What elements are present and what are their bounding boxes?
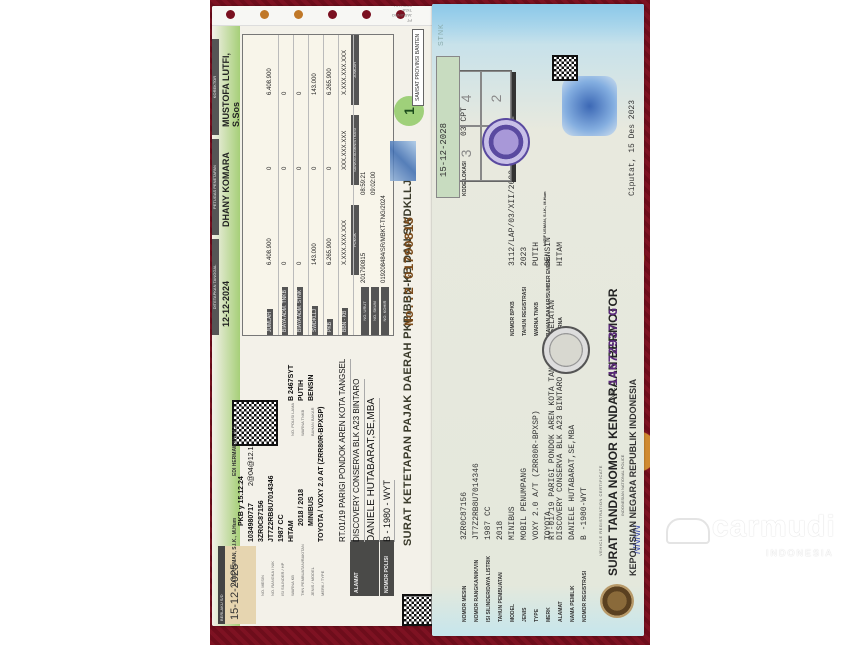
perforation-hole [294, 10, 303, 19]
label-nomor-registrasi: NOMOR REGISTRASI [582, 571, 588, 622]
hologram-icon [562, 76, 617, 136]
value-tahun-pembuatan: 2018 [496, 521, 505, 540]
signatory-1: LATIF USMAN, S.I.K., M.Hum [232, 518, 238, 586]
value-tahun: 2018 / 2018 [298, 489, 305, 526]
label-ditetapkan: DITETAPKAN TANGGAL [212, 239, 219, 335]
label-tahun: THN PEMBUATAN/RAKITAN [300, 544, 305, 596]
cell-pokok: 0 [282, 262, 288, 265]
document-number: No.:2 01790815 [402, 217, 417, 326]
label-warna-tnkb: WARNA TNKB [300, 410, 305, 436]
stnk-mark: STNK [438, 23, 445, 46]
label-merk: MERK [546, 607, 552, 622]
label-jenis: JENIS [522, 608, 528, 622]
perforation-hole [260, 10, 269, 19]
value-kode-lokasi: 03 CPT [460, 107, 469, 136]
cell-sanksi: 0 [297, 167, 303, 170]
value-nama-pemilik: DANIELE HUTABARAT,SE,MBA [365, 398, 380, 542]
label-tahun-registrasi: TAHUN REGISTRASI [522, 287, 528, 336]
label-petugas: PETUGAS PENETAPAN [212, 139, 219, 235]
value-rangka: JT7Z2RB8U7014346 [268, 475, 275, 542]
value-type: VOXY 2.0 A/T (ZRR80R-BPXSP) [532, 410, 541, 540]
value-merk-type: TOYOTA / VOXY 2.0 AT (ZRR80R-BPXSP) [318, 407, 325, 543]
police-emblem-icon [600, 584, 634, 618]
official-seal-icon [542, 326, 590, 374]
cell-sanksi: 0 [267, 167, 273, 170]
cell-label: BBN - KB [342, 308, 348, 335]
perforation-hole [328, 10, 337, 19]
stnk-header-sub: INDONESIAN NATIONAL POLICE [620, 455, 625, 516]
cell-jumlah: 6.265.900 [327, 68, 333, 95]
label-no-kohir: NO. KOHIR [381, 287, 389, 335]
label-berlaku: BERLAKU S/D [218, 546, 225, 624]
cell-sanksi: XXX.XXX.XXX [342, 131, 348, 170]
value-nama-pemilik: DANIELE HUTABARAT,SE,MBA [568, 425, 577, 540]
table-row: JUMLAH6.408.90006.408.900 [264, 35, 279, 335]
value-tahun-registrasi: 2023 [520, 247, 529, 266]
perforation-hole [226, 10, 235, 19]
table-row: BIAYA ADM. STNK000 [294, 35, 309, 335]
cell-jumlah: 0 [297, 92, 303, 95]
value-warna-tnkb: PUTIH [298, 380, 305, 401]
label-jenis-model: JENIS / MODEL [310, 567, 315, 596]
label-model: MODEL [510, 604, 516, 622]
label-no-urut: NO. URUT [361, 287, 369, 335]
value-petugas: DHANY KOMARA [221, 152, 231, 227]
value-alamat-1: DISCOVERY CONSERVA BLK A23 BINTARO [350, 379, 365, 542]
label-warna-tnkb: WARNA TNKB [534, 302, 540, 336]
perforated-strip: PT JASUINDO TIGA PERKASA Tbk [212, 6, 434, 26]
label-mesin: NO. MESIN [260, 575, 265, 596]
document-photo: SURAT KETETAPAN PAJAK DAERAH PKB/BBN-KB … [210, 0, 650, 645]
serial-number: 14672937.G [606, 308, 621, 386]
value-no-urut: 201790815 [361, 253, 367, 283]
value-nomor-registrasi: B -1980-WYT [580, 487, 589, 540]
value-isi-silinder: 1987 CC [484, 506, 493, 540]
value-nomor-bpkb: 3112/LAP/03/XII/2023 [508, 170, 517, 266]
samsat-label: SAMSAT PROVINSI BANTEN [412, 29, 424, 106]
cell-sanksi: 0 [327, 167, 333, 170]
value-korektor: MUSTOFA LUTFI, S.Sos [221, 35, 241, 127]
label-warna-kb: WARNA KB [290, 575, 295, 596]
value-mesin: 3ZR0C87156 [460, 492, 469, 540]
carmudi-watermark: carmudi INDONESIA [668, 510, 836, 544]
perforation-hole [362, 10, 371, 19]
label-isi-silinder: ISI SILINDER / HP [280, 563, 285, 596]
signatory-2: EDI HERMAWAN, M.Si [232, 423, 238, 476]
label-bahan-bakar: BAHAN BAKAR [310, 408, 315, 436]
table-row: SWDKLLJ143.0000143.000 [309, 35, 324, 335]
value-alamat-2: RT.01/19 PARIGI PONDOK AREN KOTA TANGSEL [336, 359, 351, 542]
value-alamat: DISCOVERY CONSERVA BLK A23 BINTARO [556, 377, 565, 540]
purple-stamp-icon [482, 118, 530, 166]
table-row: PKB6.265.90006.265.900 [324, 35, 339, 335]
value-model: MINIBUS [508, 506, 517, 540]
value-polisi-lama: B 2467SYT [288, 365, 295, 401]
cell-jumlah: 0 [282, 92, 288, 95]
value-bpkb: PKB y 15.12.24 [238, 476, 245, 526]
label-merk-type: MERK / TYPE [320, 571, 325, 596]
cell-label: BIAYA ADM. TNKB [282, 287, 288, 335]
label-alamat: ALAMAT [558, 601, 564, 622]
qr-code-icon [552, 55, 578, 81]
car-icon [666, 518, 710, 544]
cell-label: SWDKLLJ [312, 306, 318, 335]
label-rangka: NO. RANGKA / NIK [270, 561, 275, 596]
qr-code-icon [232, 400, 278, 446]
value-coding: 1034980717 [248, 503, 255, 542]
label-nomor-bpkb: NOMOR BPKB [510, 301, 516, 336]
value-jenis-model: MINIBUS [308, 496, 315, 526]
issued-date: Ciputat, 15 Des 2023 [628, 100, 637, 196]
cell-pokok: 6.265.900 [327, 238, 333, 265]
cell-pokok: X.XXX.XXX.XXX [342, 220, 348, 265]
label-nama-pemilik: NAMA PEMILIK [570, 586, 576, 622]
label-alamat: ALAMAT [350, 540, 378, 596]
value-nomor-polisi: B - 1980 - WYT [380, 480, 395, 542]
skpd-tax-notice: SURAT KETETAPAN PAJAK DAERAH PKB/BBN-KB … [212, 6, 434, 626]
printer-label: PT JASUINDO TIGA PERKASA Tbk [392, 6, 412, 23]
label-isi-silinder: ISI SILINDER/DAYA LISTRIK [486, 556, 492, 622]
document-number-label: No.:2 [402, 287, 417, 326]
cell-pokok: 143.000 [312, 243, 318, 265]
watermark-brand: carmudi [712, 510, 836, 544]
stnk-title-sub: VEHICLE REGISTRATION CERTIFICATE [598, 465, 603, 556]
blue-strip [432, 4, 644, 44]
cell-pokok: 0 [297, 262, 303, 265]
cell-label: BIAYA ADM. STNK [297, 287, 303, 335]
stnk-header: KEPOLISIAN NEGARA REPUBLIK INDONESIA [628, 379, 638, 576]
label-nomor-polisi: NOMOR POLISI [380, 540, 394, 596]
value-ditetapkan: 12-12-2024 [221, 281, 231, 327]
document-number-value: 01790815 [402, 217, 417, 279]
value-no-kohir: 019208484/SR/MBKT-TNG/2024 [381, 195, 387, 283]
label-mesin: NOMOR MESIN [462, 586, 468, 622]
value-warna: HITAM [556, 242, 565, 266]
label-tahun-pembuatan: TAHUN PEMBUATAN [498, 572, 504, 622]
label-korektor: KOREKTOR [212, 39, 219, 135]
label-type: TYPE [534, 609, 540, 622]
cell-jumlah: 6.408.900 [267, 68, 273, 95]
value-jenis: MOBIL PENUMPANG [520, 468, 529, 540]
cell-pokok: 6.408.900 [267, 238, 273, 265]
label-bahan-bakar: BAHAN BAKAR/SUMBER ENERGI [546, 255, 552, 336]
cell-label: PKB [327, 319, 333, 335]
label-polisi-lama: NO. POLISI LAMA [290, 403, 295, 436]
qr-code-icon [402, 594, 434, 626]
value-warna-tnkb: PUTIH [532, 242, 541, 266]
signatory: LATIF USMAN, S.I.K., M.Hum [542, 191, 547, 246]
value-merk: TOYOTA [544, 511, 553, 540]
value-time: 09:02:00 [371, 172, 377, 195]
cell-jumlah: 143.000 [312, 73, 318, 95]
watermark-country: INDONESIA [766, 548, 834, 558]
label-no-skum: NO. SKUM [371, 287, 379, 335]
cell-jumlah: X.XXX.XXX.XXX [342, 50, 348, 95]
tax-table: NO. URUT 201790815 08:59:21 NO. SKUM 09:… [242, 34, 394, 336]
hologram-icon [390, 141, 416, 181]
value-rangka: JT7Z2RB8U7014346 [472, 463, 481, 540]
value-isi-silinder: 1987 CC [278, 514, 285, 542]
label-rangka: NOMOR RANGKA/NIK/VIN [474, 560, 480, 622]
value-warna: HITAM [288, 520, 295, 542]
table-row: BBN - KBX.XXX.XXX.XXXXXX.XXX.XXXX.XXX.XX… [339, 35, 354, 335]
value-tgl: 08:59:21 [361, 172, 367, 195]
stnk-certificate: NNNN KEPOLISIAN NEGARA REPUBLIK INDONESI… [432, 4, 644, 636]
value-berlaku: 15-12-2028 [439, 123, 449, 177]
table-row: BIAYA ADM. TNKB000 [279, 35, 294, 335]
cell-sanksi: 0 [282, 167, 288, 170]
value-bahan-bakar: BENSIN [308, 375, 315, 401]
berlaku-box: 15-12-2028 [436, 56, 460, 198]
value-mesin: 3ZR0C87156 [258, 500, 265, 542]
cell-label: JUMLAH [267, 309, 273, 335]
cell-sanksi: 0 [312, 167, 318, 170]
label-kode-lokasi: KODE LOKASI [462, 161, 468, 196]
